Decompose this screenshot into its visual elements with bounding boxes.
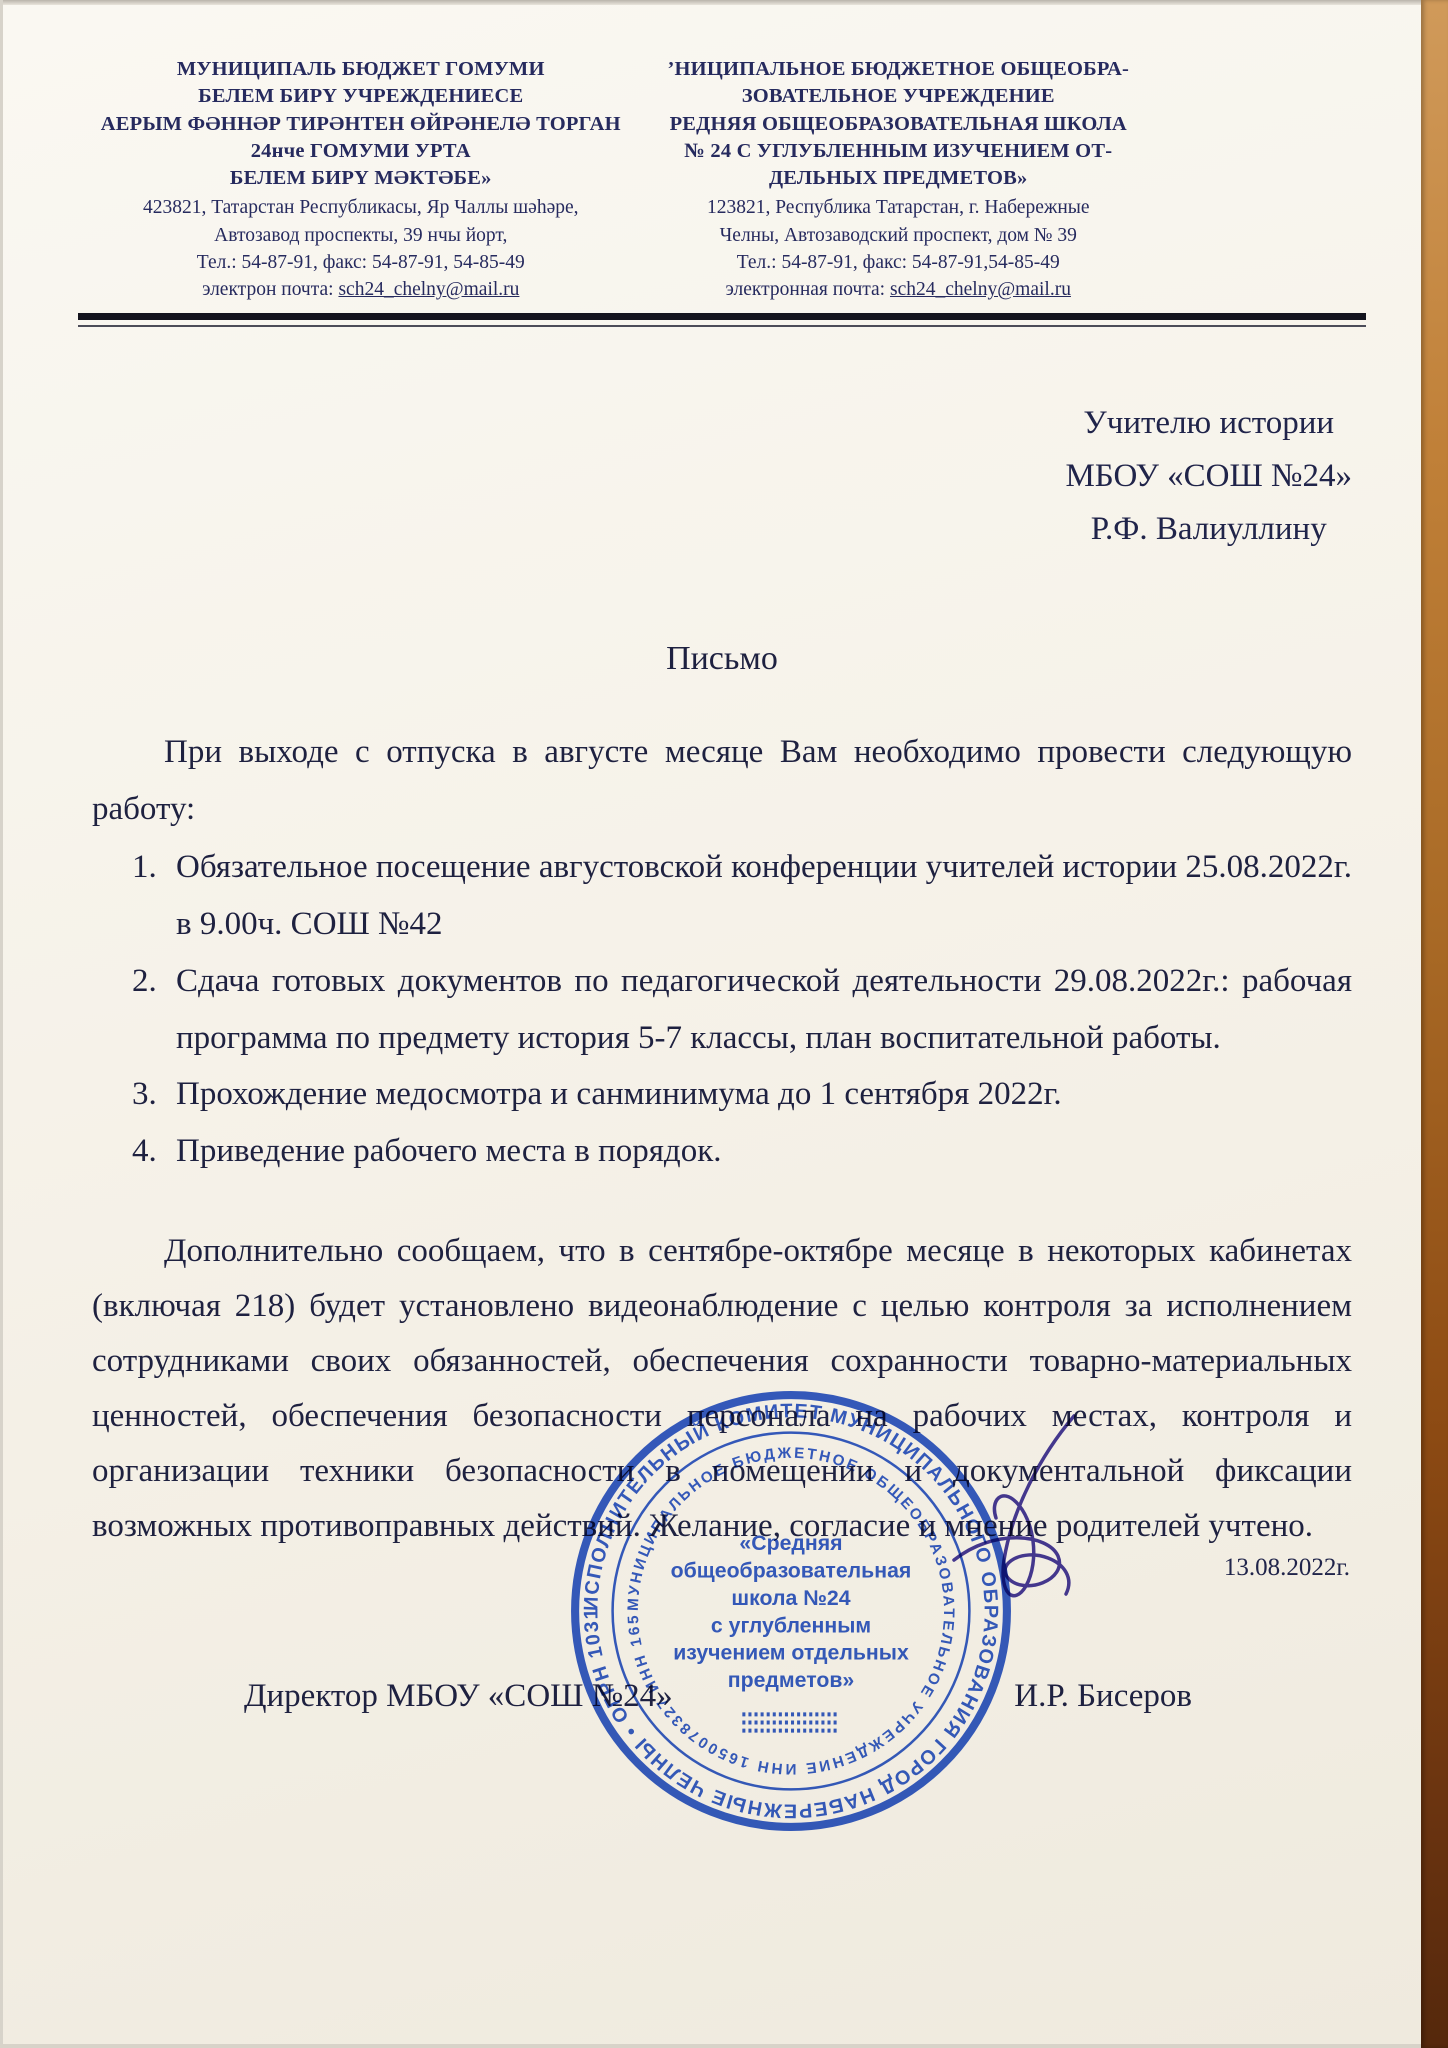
org-line: № 24 С УГЛУБЛЕННЫМ ИЗУЧЕНИЕМ ОТ- <box>630 138 1168 165</box>
phone-line: Тел.: 54-87-91, факс: 54-87-91,54-85-49 <box>630 249 1168 276</box>
stamp-center-text: «Средняя общеобразовательная школа №24 с… <box>671 1531 912 1692</box>
list-item-text: Приведение рабочего места в порядок. <box>176 1123 1352 1180</box>
org-address-russian: 123821, Республика Татарстан, г. Набереж… <box>630 194 1168 303</box>
stamp-code-dots <box>742 1714 839 1730</box>
list-item-text: Обязательное посещение августовской конф… <box>176 839 1352 953</box>
address-line: 423821, Татарстан Республикасы, Яр Чаллы… <box>92 194 630 221</box>
addressee-block: Учителю истории МБОУ «СОШ №24» Р.Ф. Вали… <box>92 397 1352 555</box>
list-item-number: 4. <box>132 1123 176 1180</box>
list-item-number: 1. <box>132 839 176 953</box>
letterhead-tatar-column: МУНИЦИПАЛЬ БЮДЖЕТ ГОМУМИ БЕЛЕМ БИРҮ УЧРЕ… <box>92 56 630 303</box>
list-item: 4. Приведение рабочего места в порядок. <box>132 1123 1352 1180</box>
list-item: 2. Сдача готовых документов по педагогич… <box>132 953 1352 1067</box>
intro-paragraph: При выходе с отпуска в августе месяце Ва… <box>92 724 1352 838</box>
email-label: электронная почта: <box>726 279 886 300</box>
svg-text:предметов»: предметов» <box>728 1668 854 1692</box>
address-line: Автозавод проспекты, 39 нчы йорт, <box>92 222 630 249</box>
letterhead-russian-column: ’НИЦИПАЛЬНОЕ БЮДЖЕТНОЕ ОБЩЕОБРА- ЗОВАТЕЛ… <box>630 56 1168 303</box>
scan-edge-bottom <box>0 2044 1448 2048</box>
list-item-text: Сдача готовых документов по педагогическ… <box>176 953 1352 1067</box>
org-line: МУНИЦИПАЛЬ БЮДЖЕТ ГОМУМИ <box>92 56 630 83</box>
org-name-russian: ’НИЦИПАЛЬНОЕ БЮДЖЕТНОЕ ОБЩЕОБРА- ЗОВАТЕЛ… <box>630 56 1168 192</box>
handwritten-signature <box>936 1408 1096 1648</box>
list-item-text: Прохождение медосмотра и санминимума до … <box>176 1066 1352 1123</box>
org-name-tatar: МУНИЦИПАЛЬ БЮДЖЕТ ГОМУМИ БЕЛЕМ БИРҮ УЧРЕ… <box>92 56 630 192</box>
email-line: электронная почта: sch24_chelny@mail.ru <box>630 276 1168 303</box>
org-line: РЕДНЯЯ ОБЩЕОБРАЗОВАТЕЛЬНАЯ ШКОЛА <box>630 111 1168 138</box>
address-line: 123821, Республика Татарстан, г. Набереж… <box>630 194 1168 221</box>
scanned-letter-page: МУНИЦИПАЛЬ БЮДЖЕТ ГОМУМИ БЕЛЕМ БИРҮ УЧРЕ… <box>0 0 1448 2048</box>
org-line: АЕРЫМ ФӘННӘР ТИРӘНТЕН ӨЙРӘНЕЛӘ ТОРГАН <box>92 111 630 138</box>
list-item: 1. Обязательное посещение августовской к… <box>132 839 1352 953</box>
svg-text:с углубленным: с углубленным <box>711 1613 871 1637</box>
org-line: ДЕЛЬНЫХ ПРЕДМЕТОВ» <box>630 165 1168 192</box>
org-line: ЗОВАТЕЛЬНОЕ УЧРЕЖДЕНИЕ <box>630 83 1168 110</box>
email-address: sch24_chelny@mail.ru <box>338 279 519 300</box>
scan-background-strip <box>1421 0 1448 2048</box>
svg-text:«Средняя: «Средняя <box>739 1531 842 1555</box>
org-line: ’НИЦИПАЛЬНОЕ БЮДЖЕТНОЕ ОБЩЕОБРА- <box>630 56 1168 83</box>
addressee-lines: Учителю истории МБОУ «СОШ №24» Р.Ф. Вали… <box>1065 397 1352 555</box>
svg-text:школа №24: школа №24 <box>731 1586 850 1610</box>
stamp-middle-circle <box>613 1433 970 1790</box>
email-line: электрон почта: sch24_chelny@mail.ru <box>92 276 630 303</box>
scan-edge-top <box>0 0 1448 5</box>
task-list: 1. Обязательное посещение августовской к… <box>92 839 1352 1180</box>
letterhead: МУНИЦИПАЛЬ БЮДЖЕТ ГОМУМИ БЕЛЕМ БИРҮ УЧРЕ… <box>92 56 1167 303</box>
addressee-name: Р.Ф. Валиуллину <box>1065 503 1352 556</box>
addressee-org: МБОУ «СОШ №24» <box>1065 450 1352 503</box>
svg-text:общеобразовательная: общеобразовательная <box>671 1559 912 1583</box>
list-item-number: 3. <box>132 1066 176 1123</box>
list-item: 3. Прохождение медосмотра и санминимума … <box>132 1066 1352 1123</box>
letterhead-divider-rule <box>78 313 1366 327</box>
addressee-role: Учителю истории <box>1065 397 1352 450</box>
list-item-number: 2. <box>132 953 176 1067</box>
signer-name: И.Р. Бисеров <box>1014 1678 1192 1715</box>
org-line: БЕЛЕМ БИРҮ УЧРЕЖДЕНИЕСЕ <box>92 83 630 110</box>
org-line: БЕЛЕМ БИРҮ МӘКТӘБЕ» <box>92 165 630 192</box>
svg-text:изучением отдельных: изучением отдельных <box>673 1641 909 1665</box>
email-label: электрон почта: <box>202 279 334 300</box>
email-address: sch24_chelny@mail.ru <box>890 279 1071 300</box>
org-line: 24нче ГОМУМИ УРТА <box>92 138 630 165</box>
org-address-tatar: 423821, Татарстан Республикасы, Яр Чаллы… <box>92 194 630 303</box>
address-line: Челны, Автозаводский проспект, дом № 39 <box>630 222 1168 249</box>
phone-line: Тел.: 54-87-91, факс: 54-87-91, 54-85-49 <box>92 249 630 276</box>
letter-title: Письмо <box>92 640 1352 678</box>
scan-edge-left <box>0 0 3 2048</box>
